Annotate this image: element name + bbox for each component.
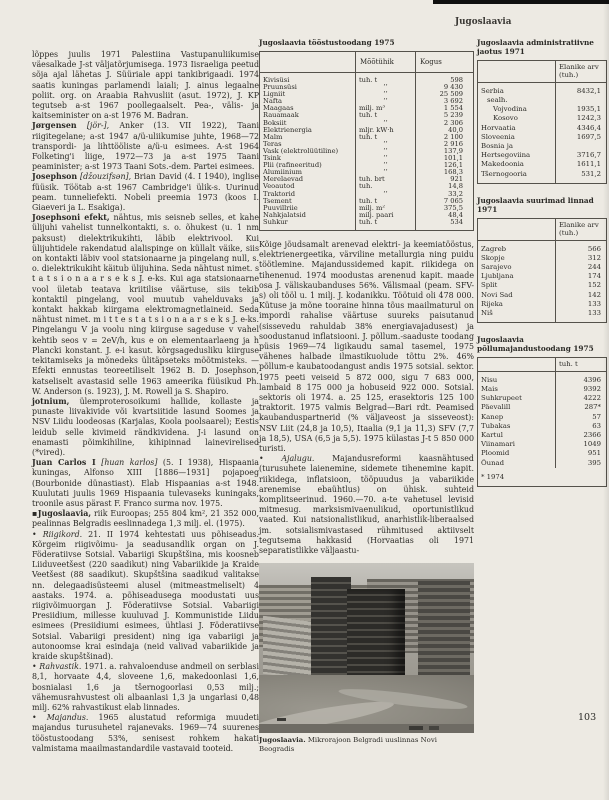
row-qty: 598	[416, 73, 474, 85]
table-row: Kosovo1242,3	[478, 114, 607, 123]
section-majandus: • Majandus. 1965 alustatud reformiga muu…	[32, 713, 259, 754]
row-name: Tsink	[260, 155, 356, 162]
table-row: Horvaatia4346,4	[478, 124, 607, 133]
row-name: Päevalill	[478, 403, 556, 412]
row-value: 566	[556, 240, 607, 254]
row-unit: tuh. t	[356, 73, 416, 85]
row-unit: tuh. t	[356, 198, 416, 205]
table-row: Õunad395	[478, 459, 607, 468]
encyclopedia-page: Jugoslaavia lõppes juulis 1971 Palestiin…	[0, 0, 609, 800]
cities-table: Elanike arv (tuh.) Zagreb566 Skopje312 S…	[477, 218, 607, 323]
row-value: 57	[556, 413, 607, 422]
table-row: Serbia8432,1	[478, 82, 607, 96]
row-name: Zagreb	[478, 240, 556, 254]
entry-jotnium: jotnium, ülemproterosoikumi hallide, kol…	[32, 397, 259, 458]
row-value: 63	[556, 422, 607, 431]
entry-pronunciation: [jör-],	[87, 121, 109, 130]
entry-jugoslaavia: ▪Jugoslaavia, riik Euroopas; 255 804 km²…	[32, 509, 259, 529]
row-name: Kosovo	[478, 114, 556, 123]
row-name: Vask (elektrolüütiline)	[260, 148, 356, 155]
row-name: Maagaas	[260, 105, 356, 112]
row-name: Traktorid	[260, 191, 356, 198]
row-name: Serbia	[478, 82, 556, 96]
row-name: Malm	[260, 134, 356, 141]
row-value: 174	[556, 272, 607, 281]
table-row: Ligniit’’25 509	[260, 91, 474, 98]
photo-caption: Jugoslaavia. Mikrorajoon Belgradi uuslin…	[259, 736, 474, 753]
running-head: Jugoslaavia	[455, 17, 511, 27]
section-riigikord: • Riigikord. 21. II 1974 kehtestati uus …	[32, 530, 259, 663]
paragraph-continuation: lõppes juulis 1971 Palestiina Vastupanul…	[32, 50, 259, 121]
entry-josephson: Josephson [džouzifsən], Brian David (4. …	[32, 172, 259, 213]
header-value: Elanike arv (tuh.)	[556, 218, 607, 240]
industry-table-title: Jugoslaavia tööstustoodang 1975	[259, 38, 474, 47]
entry-pronunciation: [džouzifsən],	[80, 172, 131, 181]
row-unit: milj. paari	[356, 212, 416, 219]
header-unit: Mõõtühik	[356, 52, 416, 73]
row-unit: ’’	[356, 148, 416, 155]
table-row: sealh.	[478, 96, 607, 105]
row-qty: 40,0	[416, 127, 474, 134]
row-name: Suhkur	[260, 219, 356, 231]
row-unit: tuh. t	[356, 112, 416, 119]
header-value: Elanike arv (tuh.)	[556, 61, 607, 83]
table-row: Tsementtuh. t7 065	[260, 198, 474, 205]
row-qty: 168,3	[416, 169, 474, 176]
table-row: Sarajevo244	[478, 263, 607, 272]
table-row: Tubakas63	[478, 422, 607, 431]
table-row: Niš133	[478, 309, 607, 323]
row-name: Horvaatia	[478, 124, 556, 133]
row-value: 9392	[556, 385, 607, 394]
section-body: 21. II 1974 kehtestati uus põhiseadus. K…	[32, 530, 259, 661]
row-name: Veoautod	[260, 183, 356, 190]
right-column: Jugoslaavia administratiivne jaotus 1971…	[477, 38, 607, 487]
row-unit: ’’	[356, 162, 416, 169]
row-qty: 2 916	[416, 141, 474, 148]
row-unit: ’’	[356, 141, 416, 148]
row-name: Nafta	[260, 98, 356, 105]
admin-table-title: Jugoslaavia administratiivne jaotus 1971	[477, 38, 607, 56]
table-row: Suhkurtuh. t534	[260, 219, 474, 231]
row-unit: ’’	[356, 155, 416, 162]
section-lead: • Rahvastik.	[32, 662, 81, 671]
table-row: Mais9392	[478, 385, 607, 394]
entry-jorgensen: Jørgensen [jör-], Anker (13. VII 1922), …	[32, 121, 259, 172]
table-row: Vojvodina1935,1	[478, 105, 607, 114]
table-row: Rauamaaktuh. t5 239	[260, 112, 474, 119]
row-name: Nisu	[478, 371, 556, 385]
cities-table-title: Jugoslaavia suurimad linnad 1971	[477, 196, 607, 214]
row-value: 4396	[556, 371, 607, 385]
table-row: Bosnia ja Hertsegoviina3716,7	[478, 142, 607, 160]
row-name: Rijeka	[478, 300, 556, 309]
row-unit: milj. m²	[356, 205, 416, 212]
row-qty: 33,2	[416, 191, 474, 198]
table-row: Vask (elektrolüütiline)’’137,9	[260, 148, 474, 155]
row-value: 1049	[556, 440, 607, 449]
table-row: Viinamari1049	[478, 440, 607, 449]
spacer	[477, 184, 607, 196]
section-lead: • Majandus.	[32, 713, 88, 722]
row-qty: 375,5	[416, 205, 474, 212]
paragraph-history: • Ajalugu. Majandusreformi kaasnähtused …	[259, 454, 474, 556]
row-qty: 48,4	[416, 212, 474, 219]
row-name: Nahkjalatsid	[260, 212, 356, 219]
table-row: Alumiinium’’168,3	[260, 169, 474, 176]
row-value: 1935,1	[556, 105, 607, 114]
left-column: lõppes juulis 1971 Palestiina Vastupanul…	[32, 50, 259, 754]
table-footnote: * 1974	[478, 468, 607, 487]
agri-table-title: Jugoslaavia põllumajandustoodang 1975	[477, 335, 607, 353]
table-row: Veoautodtuh.14,8	[260, 183, 474, 190]
row-name: Skopje	[478, 254, 556, 263]
admin-table: Elanike arv (tuh.) Serbia8432,1 sealh. V…	[477, 60, 607, 184]
section-rahvastik: • Rahvastik. 1971. a. rahvaloenduse andm…	[32, 662, 259, 713]
row-name: Merelaevad	[260, 176, 356, 183]
photo-road	[259, 724, 474, 733]
table-row: Traktorid’’33,2	[260, 191, 474, 198]
row-qty: 921	[416, 176, 474, 183]
table-row: Boksiit’’2 306	[260, 120, 474, 127]
row-value: 951	[556, 449, 607, 458]
page-number: 103	[578, 712, 596, 723]
entry-headword: Jørgensen	[32, 121, 77, 130]
row-name: Suhkrupeet	[478, 394, 556, 403]
entry-headword: Juan Carlos I	[32, 458, 96, 467]
table-row: Zagreb566	[478, 240, 607, 254]
row-name: Viinamari	[478, 440, 556, 449]
entry-josephsoni-efekt: Josephsoni efekt, nähtus, mis seisneb se…	[32, 213, 259, 397]
spacer	[477, 323, 607, 335]
row-name: Split	[478, 281, 556, 290]
row-qty: 25 509	[416, 91, 474, 98]
row-name: Kanep	[478, 413, 556, 422]
table-header-row: Elanike arv (tuh.)	[478, 61, 607, 83]
row-unit: tuh.	[356, 183, 416, 190]
row-name: sealh.	[478, 96, 556, 105]
table-row: Malmtuh. t2 100	[260, 134, 474, 141]
row-value: 142	[556, 291, 607, 300]
row-name: Makedoonia	[478, 160, 556, 169]
row-value: 287*	[556, 403, 607, 412]
row-value: 133	[556, 309, 607, 323]
row-value: 4346,4	[556, 124, 607, 133]
row-unit: tuh. t	[356, 219, 416, 231]
row-qty: 126,1	[416, 162, 474, 169]
section-lead: • Ajalugu.	[259, 454, 314, 463]
table-row: Pruunsüsi’’9 430	[260, 84, 474, 91]
caption-headword: Jugoslaavia.	[259, 736, 306, 744]
row-name: Kivisüsi	[260, 73, 356, 85]
table-row: Makedoonia1611,1	[478, 160, 607, 169]
table-row: Tšernogooria531,2	[478, 170, 607, 184]
header-qty: Kogus	[416, 52, 474, 73]
row-unit: ’’	[356, 91, 416, 98]
row-value: 1242,3	[556, 114, 607, 123]
row-value: 3716,7	[556, 142, 607, 160]
entry-headword: Josephsoni efekt,	[32, 213, 110, 222]
row-name: Niš	[478, 309, 556, 323]
row-name: Boksiit	[260, 120, 356, 127]
table-row: Novi Sad142	[478, 291, 607, 300]
table-row: Maagaasmilj. m³1 554	[260, 105, 474, 112]
scan-edge-bar	[433, 0, 609, 4]
row-qty: 137,9	[416, 148, 474, 155]
entry-headword: Jugoslaavia,	[38, 509, 91, 518]
table-row: Rijeka133	[478, 300, 607, 309]
row-value: 133	[556, 300, 607, 309]
table-row: Ljubljana174	[478, 272, 607, 281]
row-name: Ligniit	[260, 91, 356, 98]
row-name: Sarajevo	[478, 263, 556, 272]
row-qty: 2 100	[416, 134, 474, 141]
row-value: 1611,1	[556, 160, 607, 169]
row-qty: 534	[416, 219, 474, 231]
table-row: Skopje312	[478, 254, 607, 263]
row-unit: ’’	[356, 98, 416, 105]
table-header-row: tuh. t	[478, 358, 607, 371]
section-lead: • Riigikord.	[32, 530, 82, 539]
entry-headword: jotnium,	[32, 397, 69, 406]
table-row: Nafta’’3 692	[260, 98, 474, 105]
table-row: Tsink’’101,1	[260, 155, 474, 162]
entry-juan-carlos: Juan Carlos I [huan karlos] (5. I 1938),…	[32, 458, 259, 509]
row-unit: tuh. t	[356, 134, 416, 141]
table-row: Merelaevadtuh. brt921	[260, 176, 474, 183]
row-name: Sloveenia	[478, 133, 556, 142]
row-qty: 1 554	[416, 105, 474, 112]
row-unit: milj. m³	[356, 105, 416, 112]
header-value: tuh. t	[556, 358, 607, 371]
row-unit: ’’	[356, 84, 416, 91]
header-blank	[478, 358, 556, 371]
paragraph-text: Kõige jõudsamalt arenevad elektri- ja ke…	[259, 240, 474, 453]
paragraph-economy: Kõige jõudsamalt arenevad elektri- ja ke…	[259, 240, 474, 454]
table-row: Nahkjalatsidmilj. paari48,4	[260, 212, 474, 219]
row-name: Pruunsüsi	[260, 84, 356, 91]
header-blank	[478, 218, 556, 240]
row-qty: 101,1	[416, 155, 474, 162]
row-name: Kartul	[478, 431, 556, 440]
table-row: Kivisüsituh. t598	[260, 73, 474, 85]
table-row: Sloveenia1697,5	[478, 133, 607, 142]
table-header-row: Elanike arv (tuh.)	[478, 218, 607, 240]
row-name: Tubakas	[478, 422, 556, 431]
row-value: 244	[556, 263, 607, 272]
paragraph-text: lõppes juulis 1971 Palestiina Vastupanul…	[32, 50, 259, 120]
row-value: 152	[556, 281, 607, 290]
photo-vehicle	[409, 726, 423, 730]
row-name: Ploomid	[478, 449, 556, 458]
middle-column: Jugoslaavia tööstustoodang 1975 Mõõtühik…	[259, 38, 474, 753]
table-footnote-row: * 1974	[478, 468, 607, 487]
row-unit: ’’	[356, 191, 416, 198]
row-name: Teras	[260, 141, 356, 148]
photo-vehicle	[429, 726, 439, 730]
row-unit: mljr. kW·h	[356, 127, 416, 134]
agri-table: tuh. t Nisu4396 Mais9392 Suhkrupeet4222 …	[477, 357, 607, 487]
row-value: 312	[556, 254, 607, 263]
row-name: Rauamaak	[260, 112, 356, 119]
header-blank	[260, 52, 356, 73]
row-qty: 2 306	[416, 120, 474, 127]
photo-novi-beograd	[259, 563, 474, 733]
row-name: Õunad	[478, 459, 556, 468]
row-name: Tšernogooria	[478, 170, 556, 184]
row-name: Bosnia ja Hertsegoviina	[478, 142, 556, 160]
row-value	[556, 96, 607, 105]
table-row: Päevalill287*	[478, 403, 607, 412]
table-row: Nisu4396	[478, 371, 607, 385]
row-name: Vojvodina	[478, 105, 556, 114]
row-qty: 14,8	[416, 183, 474, 190]
row-unit: ’’	[356, 169, 416, 176]
table-row: Teras’’2 916	[260, 141, 474, 148]
row-value: 395	[556, 459, 607, 468]
row-name: Mais	[478, 385, 556, 394]
row-name: Tsement	[260, 198, 356, 205]
row-qty: 5 239	[416, 112, 474, 119]
photo-vehicle	[277, 718, 286, 721]
row-unit: ’’	[356, 120, 416, 127]
table-row: Kanep57	[478, 413, 607, 422]
row-name: Ljubljana	[478, 272, 556, 281]
row-unit: tuh. brt	[356, 176, 416, 183]
row-qty: 9 430	[416, 84, 474, 91]
table-row: Puuvillriiemilj. m²375,5	[260, 205, 474, 212]
table-row: Kartul2366	[478, 431, 607, 440]
entry-body: nähtus, mis seisneb selles, et kahe ülij…	[32, 213, 259, 395]
row-name: Plii (rafineeritud)	[260, 162, 356, 169]
photo-left-tower	[311, 577, 351, 677]
row-value: 1697,5	[556, 133, 607, 142]
entry-headword: Josephson	[32, 172, 77, 181]
entry-pronunciation: [huan karlos]	[101, 458, 157, 467]
header-blank	[478, 61, 556, 83]
row-name: Puuvillriie	[260, 205, 356, 212]
row-value: 8432,1	[556, 82, 607, 96]
row-value: 4222	[556, 394, 607, 403]
section-body: Majandusreformi kaasnähtused (turusuhete…	[259, 454, 474, 555]
table-row: Suhkrupeet4222	[478, 394, 607, 403]
row-name: Elektrienergia	[260, 127, 356, 134]
row-name: Novi Sad	[478, 291, 556, 300]
table-row: Elektrienergiamljr. kW·h40,0	[260, 127, 474, 134]
table-row: Split152	[478, 281, 607, 290]
row-name: Alumiinium	[260, 169, 356, 176]
table-header-row: Mõõtühik Kogus	[260, 52, 474, 73]
table-row: Plii (rafineeritud)’’126,1	[260, 162, 474, 169]
row-qty: 3 692	[416, 98, 474, 105]
table-row: Ploomid951	[478, 449, 607, 458]
row-value: 2366	[556, 431, 607, 440]
row-value: 531,2	[556, 170, 607, 184]
row-qty: 7 065	[416, 198, 474, 205]
industry-table: Mõõtühik Kogus Kivisüsituh. t598 Pruunsü…	[259, 51, 474, 231]
